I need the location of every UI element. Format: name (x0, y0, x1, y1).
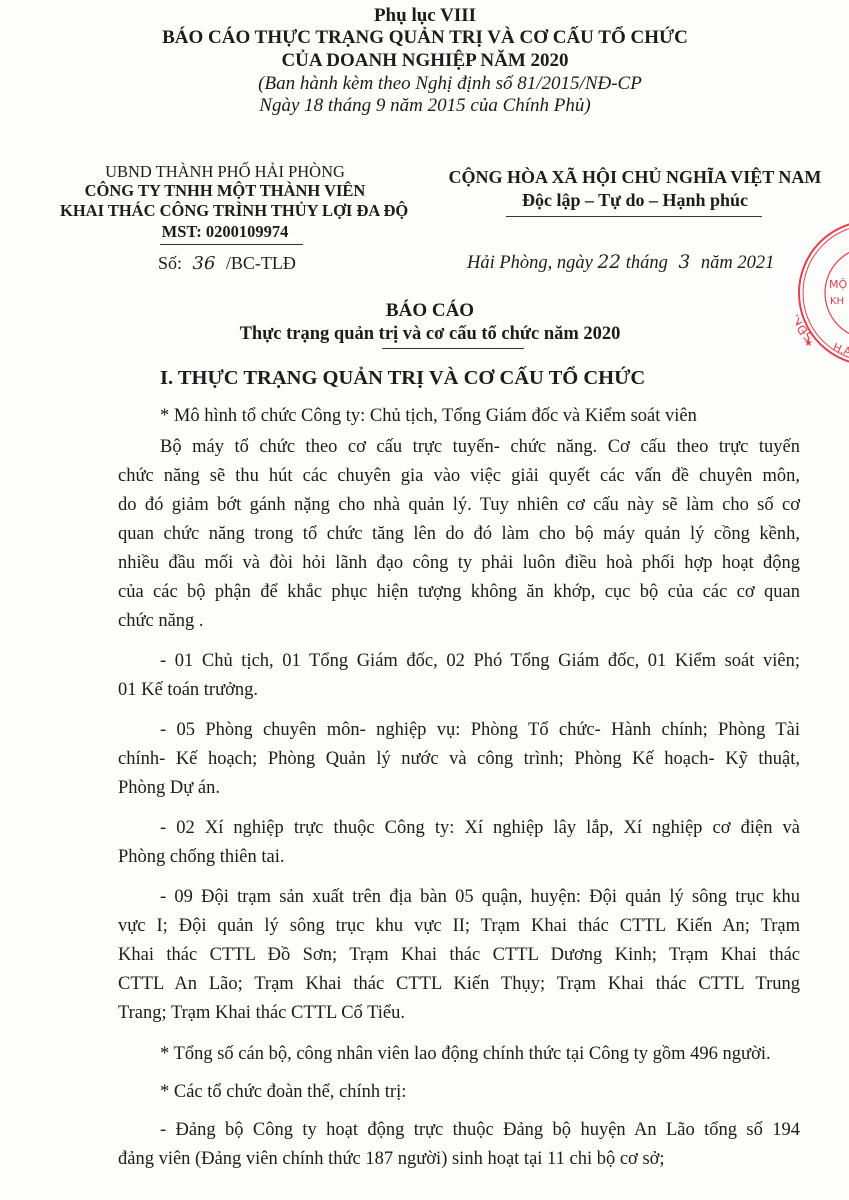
body-line: - Đảng bộ Công ty hoạt động trực thuộc Đ… (160, 1119, 800, 1141)
national-motto-line2: Độc lập – Tự do – Hạnh phúc (430, 189, 840, 211)
doc-number: Số: 36 /BC-TLĐ (158, 253, 296, 274)
body-line: - 09 Đội trạm sản xuất trên địa bàn 05 q… (160, 886, 800, 908)
tax-code-underline (160, 244, 303, 245)
issuer-company-line2: KHAI THÁC CÔNG TRÌNH THỦY LỢI ĐA ĐỘ (60, 201, 390, 221)
body-line: đảng viên (Đảng viên chính thức 187 ngườ… (118, 1148, 665, 1170)
doc-number-value: 36 (193, 253, 216, 274)
body-line: chức năng sẽ thu hút các chuyên gia vào … (118, 465, 800, 487)
body-line: * Các tổ chức đoàn thể, chính trị: (160, 1081, 406, 1103)
national-motto-line1: CỘNG HÒA XÃ HỘI CHỦ NGHĨA VIỆT NAM (430, 166, 840, 188)
body-line: nhiều đầu mối và đòi hỏi lãnh đạo công t… (118, 552, 800, 574)
report-title: BÁO CÁO (250, 300, 610, 322)
date-prefix: Hải Phòng, ngày (467, 253, 593, 273)
body-line: do đó giảm bớt gánh nặng cho nhà quản lý… (118, 494, 800, 516)
doc-number-suffix: /BC-TLĐ (226, 253, 296, 273)
issuer-tax-code: MST: 0200109974 (60, 222, 390, 242)
seal-star: ★ (804, 338, 813, 349)
appendix-title-line1: BÁO CÁO THỰC TRẠNG QUẢN TRỊ VÀ CƠ CẤU TỔ… (140, 27, 710, 49)
date-mid: tháng (626, 253, 668, 273)
body-line: Trang; Trạm Khai thác CTTL Cổ Tiểu. (118, 1002, 405, 1024)
appendix-note-line2: Ngày 18 tháng 9 năm 2015 của Chính Phủ) (200, 95, 650, 117)
date-suffix: năm 2021 (701, 253, 775, 273)
date-month: 3 (678, 252, 690, 273)
report-subtitle-underline (382, 348, 524, 349)
body-line: chức năng . (118, 610, 204, 632)
body-line: Bộ máy tổ chức theo cơ cấu trực tuyến- c… (160, 436, 800, 458)
body-line: Khai thác CTTL Đồ Sơn; Trạm Khai thác CT… (118, 944, 800, 966)
company-seal-icon: SĐKKD:020 H.A ★ MỘ KH (796, 218, 849, 368)
body-line: 01 Kế toán trưởng. (118, 679, 258, 701)
section-heading: I. THỰC TRẠNG QUẢN TRỊ VÀ CƠ CẤU TỔ CHỨC (160, 367, 645, 390)
body-line: * Mô hình tổ chức Công ty: Chủ tịch, Tổn… (160, 405, 697, 427)
issue-date: Hải Phòng, ngày 22 tháng 3 năm 2021 (467, 252, 774, 274)
body-line: vực I; Đội quản lý sông trục khu vực II;… (118, 915, 800, 937)
appendix-note-line1: (Ban hành kèm theo Nghị định số 81/2015/… (200, 73, 700, 95)
body-line: của các bộ phận để khắc phục hiện tượng … (118, 581, 800, 603)
body-line: quan chức năng trong tổ chức tăng lên do… (118, 523, 800, 545)
seal-inner-text1: MỘ (829, 278, 847, 291)
body-line: Phòng chống thiên tai. (118, 846, 284, 868)
body-line: * Tổng số cán bộ, công nhân viên lao độn… (160, 1043, 771, 1065)
svg-text:H.A: H.A (831, 340, 849, 358)
body-line: CTTL An Lão; Trạm Khai thác CTTL Kiến Th… (118, 973, 800, 995)
body-line: - 02 Xí nghiệp trực thuộc Công ty: Xí ng… (160, 817, 800, 839)
body-line: - 01 Chủ tịch, 01 Tổng Giám đốc, 02 Phó … (160, 650, 800, 672)
report-subtitle: Thực trạng quản trị và cơ cấu tổ chức nă… (200, 324, 660, 345)
body-line: Phòng Dự án. (118, 777, 220, 799)
body-line: chính- Kế hoạch; Phòng Quản lý nước và c… (118, 748, 800, 770)
doc-number-prefix: Số: (158, 253, 182, 273)
seal-inner-text2: KH (830, 296, 844, 307)
issuer-company-line1: CÔNG TY TNHH MỘT THÀNH VIÊN (60, 181, 390, 201)
date-day: 22 (598, 252, 622, 273)
appendix-label: Phụ lục VIII (200, 5, 650, 27)
issuer-authority: UBND THÀNH PHỐ HẢI PHÒNG (60, 162, 390, 182)
appendix-title-line2: CỦA DOANH NGHIỆP NĂM 2020 (200, 50, 650, 72)
motto-underline (506, 216, 762, 217)
body-line: - 05 Phòng chuyên môn- nghiệp vụ: Phòng … (160, 719, 800, 741)
seal-text-bottom: H.A (831, 340, 849, 358)
